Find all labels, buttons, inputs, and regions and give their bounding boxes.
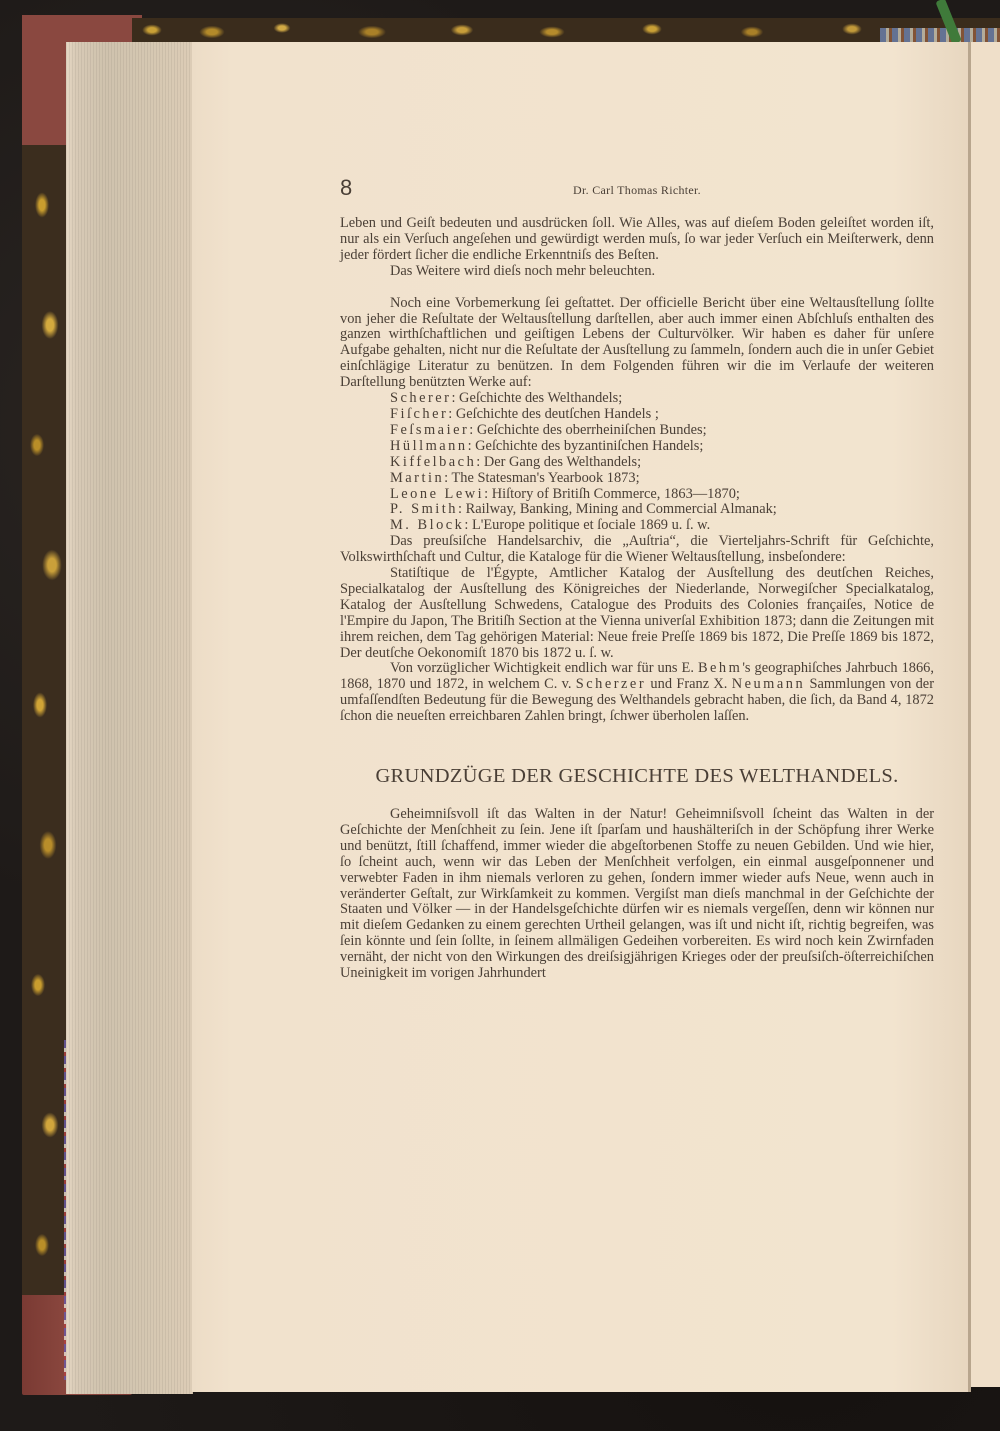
name-behm: Behm	[698, 660, 742, 676]
page-body: Leben und Geiſt bedeuten und ausdrücken …	[340, 216, 934, 982]
running-head-author: Dr. Carl Thomas Richter.	[340, 183, 934, 198]
reference-author: Scherer	[390, 390, 451, 406]
reference-author: Leone Lewi	[390, 486, 484, 502]
paragraph: Noch eine Vorbemerkung ſei geſtattet. De…	[340, 296, 934, 391]
reference-title: : The Statesman's Yearbook 1873;	[444, 470, 639, 486]
reference-title: : Geſchichte des Welthandels;	[451, 390, 622, 406]
reference-author: Fiſcher	[390, 406, 448, 422]
reference-title: : L'Europe politique et ſociale 1869 u. …	[464, 517, 710, 533]
reference-author: Martin	[390, 470, 444, 486]
reference-title: : Geſchichte des byzantiniſchen Handels;	[468, 438, 704, 454]
marbled-cover-left	[22, 145, 66, 1295]
reference-item: Scherer: Geſchichte des Welthandels;	[340, 391, 934, 407]
reference-author: Hüllmann	[390, 438, 468, 454]
facing-page-edge	[971, 42, 1000, 1387]
chapter-title: GRUNDZÜGE DER GESCHICHTE DES WELTHANDELS…	[340, 769, 934, 785]
page-stack-edge	[66, 42, 193, 1394]
reference-author: M. Block	[390, 517, 464, 533]
name-neumann: Neumann	[732, 676, 805, 692]
reference-item: Hüllmann: Geſchichte des byzantiniſchen …	[340, 439, 934, 455]
reference-title: : Geſchichte des deutſchen Handels ;	[448, 406, 659, 422]
paragraph: Das preuſsiſche Handelsarchiv, die „Auſt…	[340, 534, 934, 566]
reference-item: Leone Lewi: Hiſtory of Britiſh Commerce,…	[340, 487, 934, 503]
headband	[880, 28, 1000, 42]
running-head: 8 Dr. Carl Thomas Richter.	[340, 175, 934, 199]
paragraph: Statiſtique de l'Égypte, Amtlicher Katal…	[340, 566, 934, 661]
reference-title: : Der Gang des Welthandels;	[476, 454, 641, 470]
paragraph: Das Weitere wird dieſs noch mehr beleuch…	[340, 264, 934, 280]
reference-author: Kiffelbach	[390, 454, 476, 470]
name-scherzer: Scherzer	[576, 676, 646, 692]
reference-list: Scherer: Geſchichte des Welthandels; Fiſ…	[340, 391, 934, 534]
marbled-cover-top	[132, 18, 1000, 44]
reference-item: M. Block: L'Europe politique et ſociale …	[340, 518, 934, 534]
reference-author: Feſsmaier	[390, 422, 469, 438]
reference-title: : Geſchichte des oberrheiniſchen Bundes;	[469, 422, 706, 438]
reference-title: : Railway, Banking, Mining and Commercia…	[458, 501, 777, 517]
paragraph: Geheimniſsvoll iſt das Walten in der Nat…	[340, 807, 934, 982]
reference-title: : Hiſtory of Britiſh Commerce, 1863—1870…	[484, 486, 740, 502]
reference-item: Feſsmaier: Geſchichte des oberrheiniſche…	[340, 423, 934, 439]
reference-item: Fiſcher: Geſchichte des deutſchen Handel…	[340, 407, 934, 423]
reference-author: P. Smith	[390, 501, 458, 517]
reference-item: Martin: The Statesman's Yearbook 1873;	[340, 471, 934, 487]
paragraph: Von vorzüglicher Wichtigkeit endlich war…	[340, 661, 934, 725]
paragraph: Leben und Geiſt bedeuten und ausdrücken …	[340, 216, 934, 264]
reference-item: Kiffelbach: Der Gang des Welthandels;	[340, 455, 934, 471]
reference-item: P. Smith: Railway, Banking, Mining and C…	[340, 502, 934, 518]
